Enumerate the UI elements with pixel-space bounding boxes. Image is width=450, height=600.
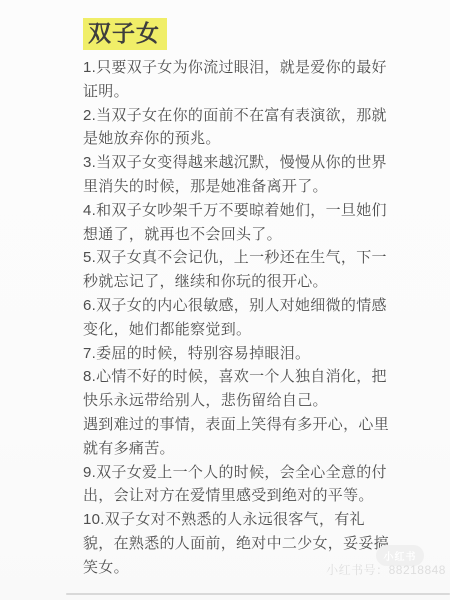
text-line: 1.只要双子女为你流过眼泪，就是爱你的最好 (83, 56, 413, 80)
text-line: 变化，她们都能察觉到。 (83, 318, 413, 342)
text-line: 秒就忘记了，继续和你玩的很开心。 (83, 270, 413, 294)
text-line: 4.和双子女吵架千万不要晾着她们，一旦她们 (83, 199, 413, 223)
text-line: 7.委屈的时候，特别容易掉眼泪。 (83, 342, 413, 366)
text-line: 出，会让对方在爱情里感受到绝对的平等。 (83, 484, 413, 508)
text-line: 快乐永远带给别人，悲伤留给自己。 (83, 389, 413, 413)
text-line: 是她放弃你的预兆。 (83, 127, 413, 151)
text-line: 10.双子女对不熟悉的人永远很客气，有礼 (83, 508, 413, 532)
photo-bottom-edge (66, 593, 450, 595)
page-title: 双子女 (83, 18, 167, 50)
text-line: 遇到难过的事情，表面上笑得有多开心，心里 (83, 413, 413, 437)
text-line: 8.心情不好的时候，喜欢一个人独自消化，把 (83, 365, 413, 389)
note-body: 1.只要双子女为你流过眼泪，就是爱你的最好证明。2.当双子女在你的面前不在富有表… (83, 56, 413, 580)
text-line: 3.当双子女变得越来越沉默，慢慢从你的世界 (83, 151, 413, 175)
note-content: 双子女 1.只要双子女为你流过眼泪，就是爱你的最好证明。2.当双子女在你的面前不… (83, 18, 413, 580)
text-line: 想通了，就再也不会回头了。 (83, 223, 413, 247)
text-line: 6.双子女的内心很敏感，别人对她细微的情感 (83, 294, 413, 318)
text-line: 就有多痛苦。 (83, 437, 413, 461)
text-line: 貌，在熟悉的人面前，绝对中二少女，妥妥搞 (83, 532, 413, 556)
text-line: 里消失的时候，那是她准备离开了。 (83, 175, 413, 199)
text-line: 证明。 (83, 80, 413, 104)
text-line: 2.当双子女在你的面前不在富有表演欲，那就 (83, 104, 413, 128)
xiaohongshu-account-watermark: 小红书号：88218848 (326, 561, 446, 578)
text-line: 5.双子女真不会记仇，上一秒还在生气，下一 (83, 246, 413, 270)
text-line: 9.双子女爱上一个人的时候，会全心全意的付 (83, 461, 413, 485)
note-page: 双子女 1.只要双子女为你流过眼泪，就是爱你的最好证明。2.当双子女在你的面前不… (0, 0, 450, 600)
